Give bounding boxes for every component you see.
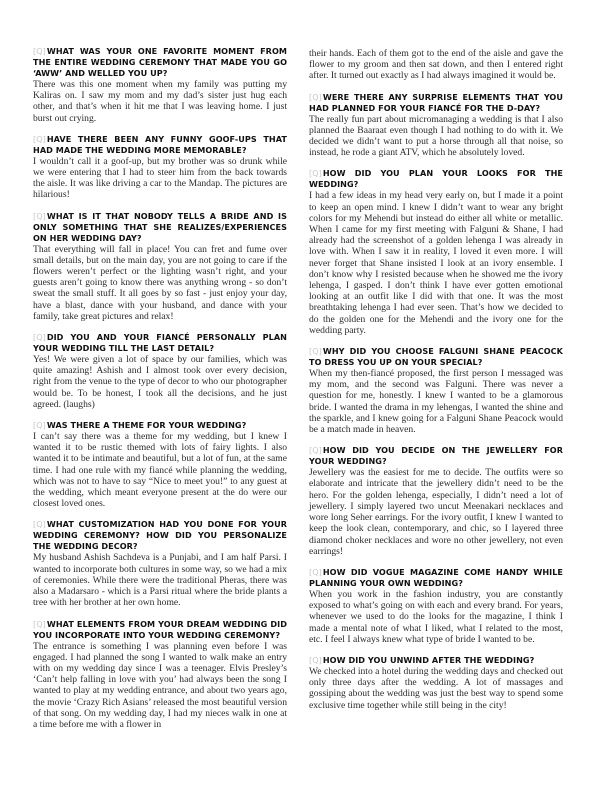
question-marker: [Q] [309,168,322,178]
qa-item: [Q]Were there any surprise elements that… [309,92,563,159]
qa-item: [Q]How did you unwind after the wedding?… [309,655,563,711]
question-text: Did you and your fiancé personally plan … [33,332,287,353]
answer-text: My husband Ashish Sachdeva is a Punjabi,… [33,552,287,608]
right-column: their hands. Each of them got to the end… [309,48,563,721]
question-heading: [Q]How did Vogue magazine come handy whi… [309,567,563,589]
question-marker: [Q] [309,92,322,102]
qa-item: [Q]Was there a theme for your wedding? I… [33,420,287,509]
question-text: How did you plan your looks for the wedd… [309,168,563,189]
question-text: What elements from your dream wedding di… [33,619,287,640]
answer-text: The entrance is something I was planning… [33,641,287,731]
question-marker: [Q] [309,346,322,356]
question-text: What is it that nobody tells a bride and… [33,211,287,243]
question-heading: [Q]How did you unwind after the wedding? [309,655,563,666]
question-heading: [Q]Have there been any funny goof-ups th… [33,134,287,156]
qa-item: [Q]What is it that nobody tells a bride … [33,211,287,322]
question-heading: [Q]What elements from your dream wedding… [33,619,287,641]
answer-text: Yes! We were given a lot of space by our… [33,354,287,410]
answer-text: The really fun part about micromanaging … [309,114,563,159]
answer-text: That everything will fall in place! You … [33,244,287,322]
qa-item: [Q]Have there been any funny goof-ups th… [33,134,287,201]
qa-item: [Q]What customization had you done for y… [33,519,287,608]
question-heading: [Q]What was your one favorite moment fro… [33,46,287,79]
answer-text: I wouldn’t call it a goof-up, but my bro… [33,156,287,201]
qa-item: [Q]What was your one favorite moment fro… [33,46,287,124]
question-marker: [Q] [309,655,322,665]
question-text: How did you decide on the jewellery for … [309,445,563,466]
question-marker: [Q] [33,46,46,56]
qa-item: [Q]How did you plan your looks for the w… [309,168,563,336]
answer-text: their hands. Each of them got to the end… [309,48,563,82]
left-column: [Q]What was your one favorite moment fro… [33,46,287,740]
question-text: Why did you choose Falguni Shane Peacock… [309,346,563,367]
answer-text: I had a few ideas in my head very early … [309,190,563,336]
answer-text: When you work in the fashion industry, y… [309,589,563,645]
question-text: How did you unwind after the wedding? [323,655,535,665]
qa-item: [Q]How did you decide on the jewellery f… [309,445,563,557]
qa-item: [Q]How did Vogue magazine come handy whi… [309,567,563,645]
question-heading: [Q]What is it that nobody tells a bride … [33,211,287,244]
question-heading: [Q]What customization had you done for y… [33,519,287,552]
question-text: Was there a theme for your wedding? [47,420,247,430]
question-heading: [Q]Did you and your fiancé personally pl… [33,332,287,354]
question-marker: [Q] [33,211,46,221]
question-text: How did Vogue magazine come handy while … [309,567,563,588]
question-heading: [Q]Why did you choose Falguni Shane Peac… [309,346,563,368]
answer-continuation: their hands. Each of them got to the end… [309,48,563,82]
question-text: What was your one favorite moment from t… [33,46,287,78]
answer-text: There was this one moment when my family… [33,79,287,124]
answer-text: We checked into a hotel during the weddi… [309,666,563,711]
question-marker: [Q] [309,445,322,455]
qa-item: [Q]What elements from your dream wedding… [33,619,287,731]
answer-text: Jewellery was the easiest for me to deci… [309,467,563,557]
answer-text: I can’t say there was a theme for my wed… [33,431,287,509]
question-marker: [Q] [33,619,46,629]
question-text: What customization had you done for your… [33,519,287,551]
question-text: Were there any surprise elements that yo… [309,92,563,113]
answer-text: When my then-fiancé proposed, the first … [309,368,563,435]
question-text: Have there been any funny goof-ups that … [33,134,287,155]
question-marker: [Q] [33,134,46,144]
question-marker: [Q] [33,420,46,430]
qa-item: [Q]Did you and your fiancé personally pl… [33,332,287,410]
question-marker: [Q] [33,519,46,529]
question-marker: [Q] [33,332,46,342]
qa-item: [Q]Why did you choose Falguni Shane Peac… [309,346,563,435]
question-heading: [Q]How did you decide on the jewellery f… [309,445,563,467]
question-marker: [Q] [309,567,322,577]
question-heading: [Q]Were there any surprise elements that… [309,92,563,114]
question-heading: [Q]Was there a theme for your wedding? [33,420,287,431]
question-heading: [Q]How did you plan your looks for the w… [309,168,563,190]
